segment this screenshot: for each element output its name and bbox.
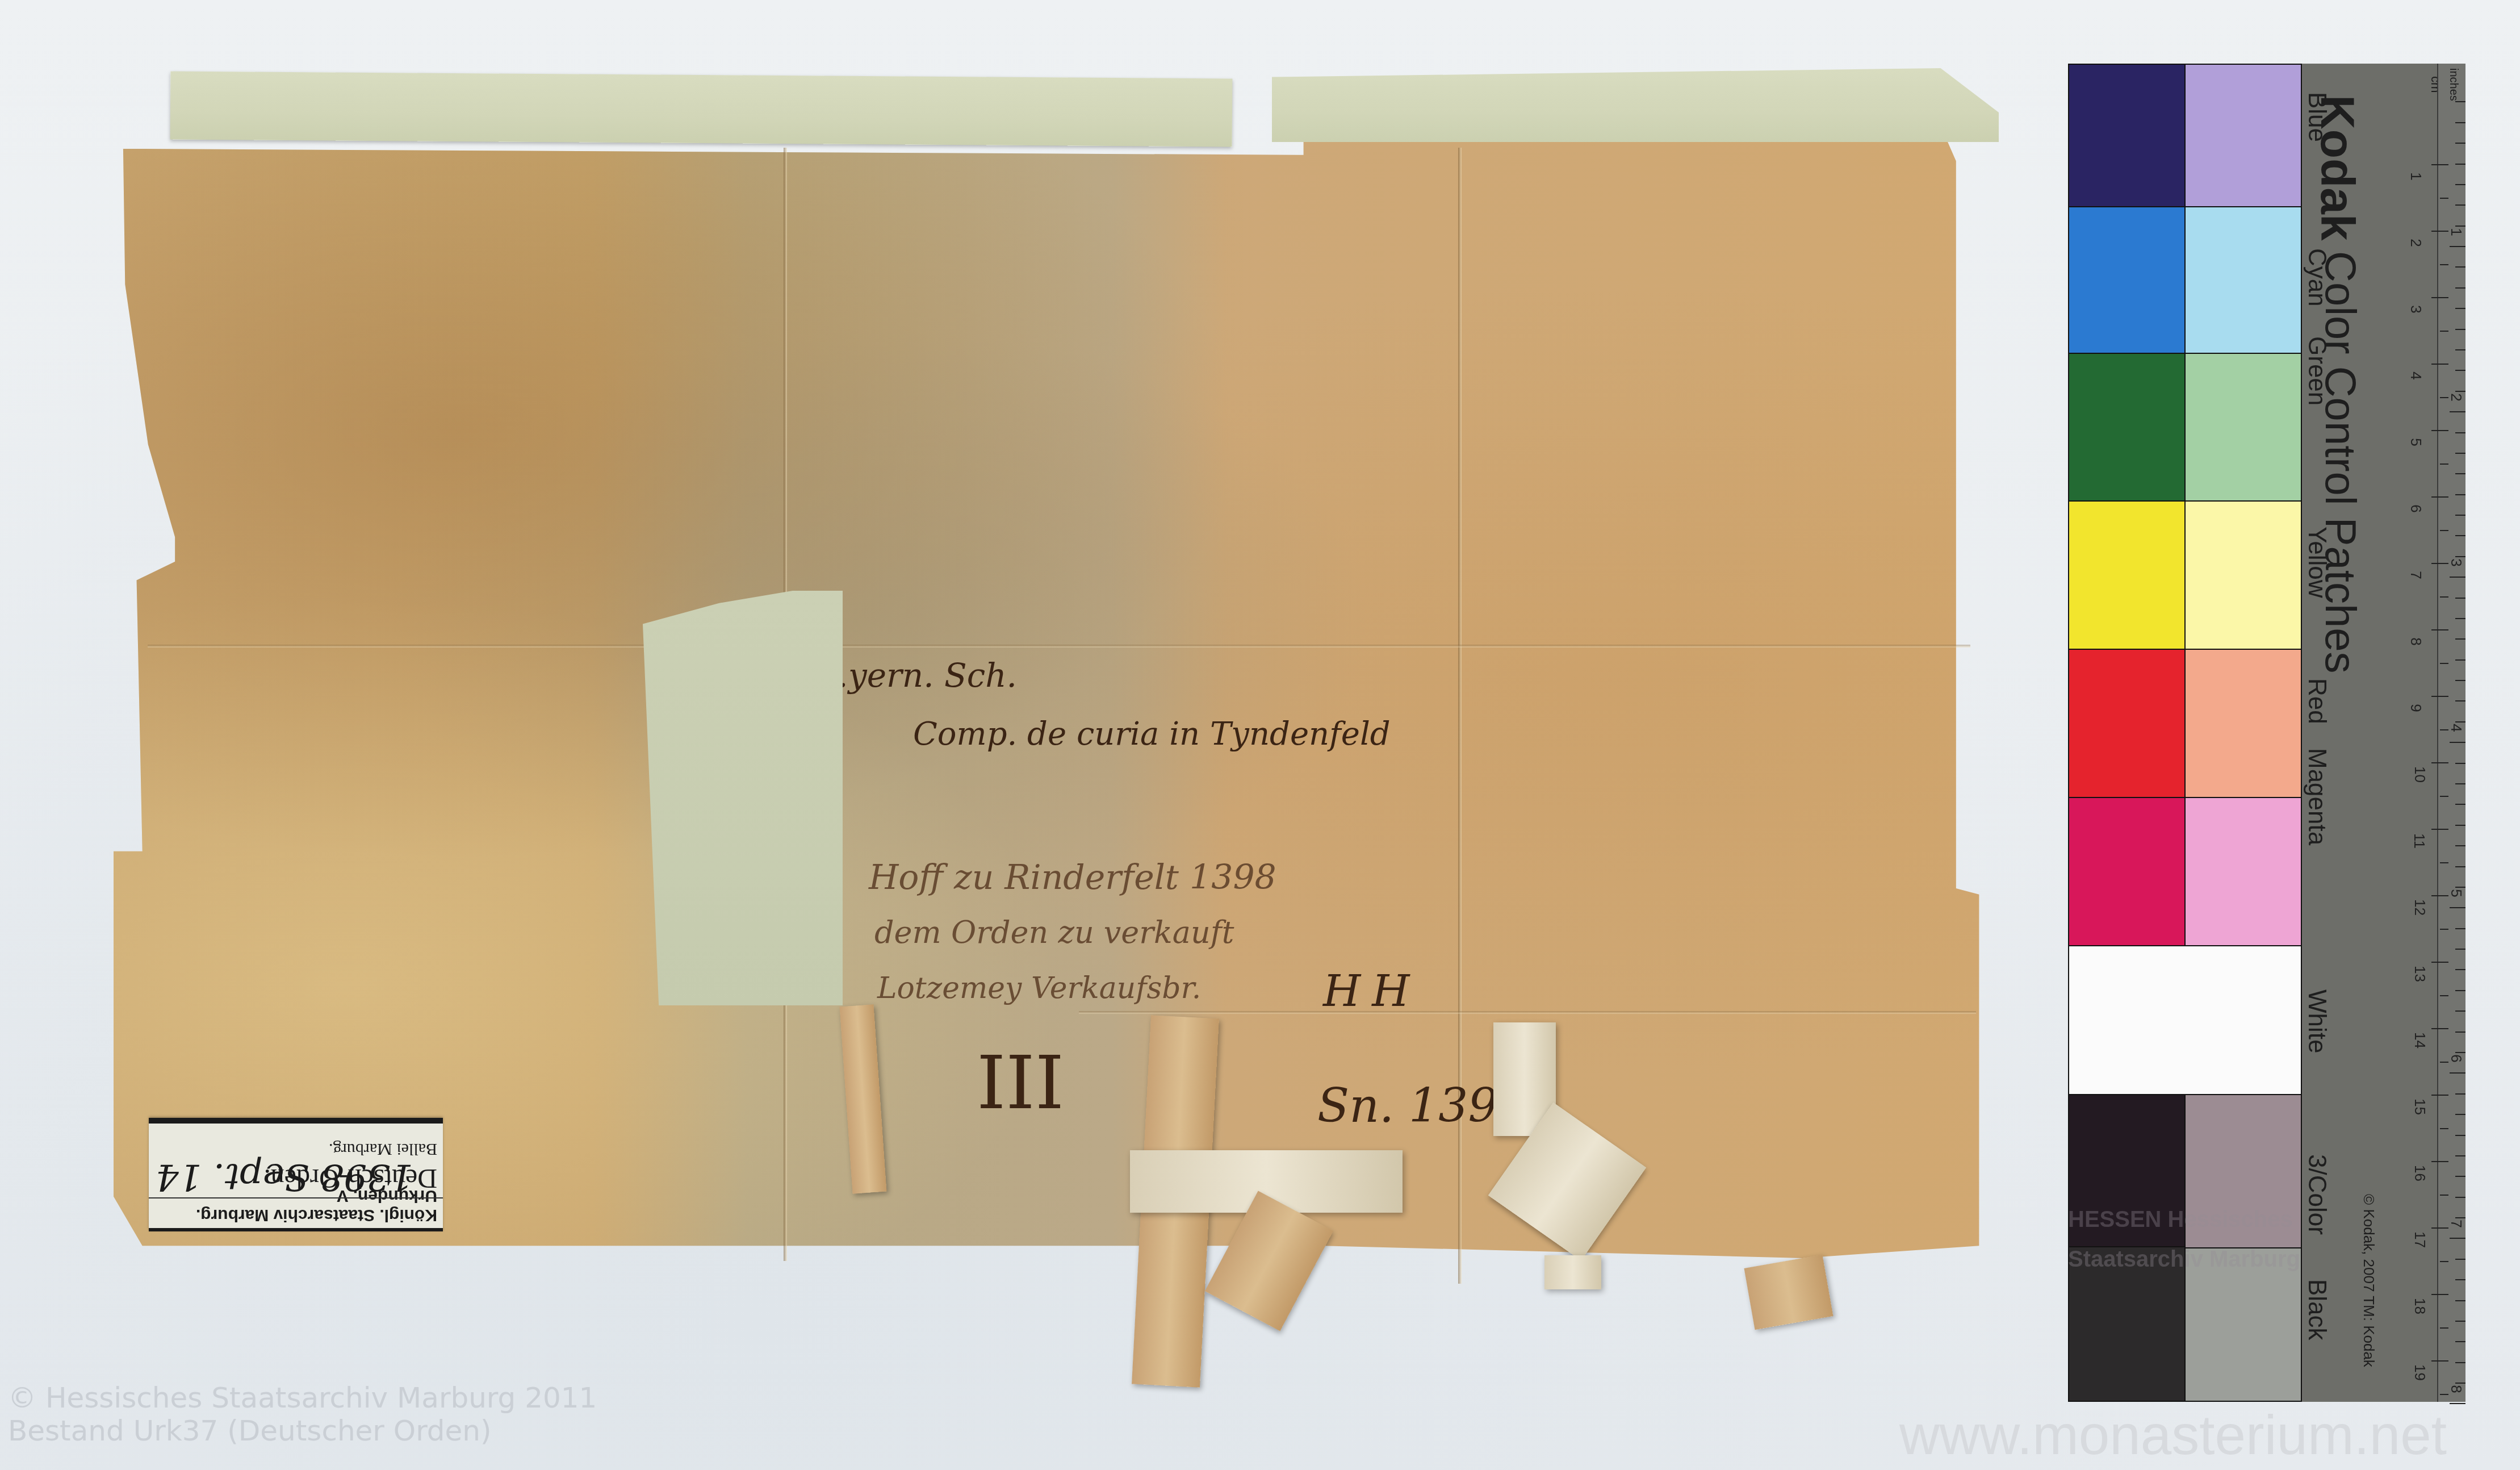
cm-tick-label: 9 [2407, 704, 2425, 712]
inch-unit-label: inches [2447, 68, 2460, 101]
label-rule [149, 1197, 443, 1198]
cm-tick-label: 7 [2407, 571, 2425, 579]
inch-sub-tick [2455, 949, 2465, 950]
inch-tick [2450, 246, 2465, 247]
cm-tick [2431, 164, 2448, 165]
archive-stamp-watermark: HESSEN Hessisches Staatsarchiv Marburg [2068, 1200, 2302, 1370]
kodak-color-chart: HESSEN Hessisches Staatsarchiv Marburg K… [2068, 64, 2465, 1402]
inch-sub-tick [2455, 887, 2465, 888]
inch-tick-label: 2 [2447, 393, 2465, 401]
copyright-watermark-line2: Bestand Urk37 (Deutscher Orden) [8, 1414, 492, 1447]
patch-yellow-light [2184, 500, 2302, 650]
fold-line [148, 645, 1970, 648]
inch-sub-tick [2455, 204, 2465, 206]
cm-tick [2431, 364, 2448, 365]
cm-tick-label: 15 [2411, 1099, 2429, 1115]
inch-sub-tick [2455, 1341, 2465, 1342]
inch-sub-tick [2455, 638, 2465, 640]
inch-sub-tick [2455, 184, 2465, 185]
inch-sub-tick [2455, 101, 2465, 102]
cm-half-tick [2440, 995, 2448, 996]
inch-sub-tick [2455, 287, 2465, 289]
inch-sub-tick [2455, 1135, 2465, 1136]
cm-tick-label: 2 [2407, 239, 2425, 247]
cm-half-tick [2440, 1195, 2448, 1196]
cm-tick-label: 6 [2407, 504, 2425, 512]
inch-tick [2450, 1403, 2465, 1404]
inch-sub-tick [2455, 1197, 2465, 1198]
parchment-surface [114, 62, 2033, 1295]
inch-sub-tick [2455, 453, 2465, 454]
dorsal-note: …yern. Sch. [815, 656, 1017, 695]
inch-tick [2450, 577, 2465, 578]
inch-sub-tick [2455, 1300, 2465, 1301]
patch-yellow-dark [2068, 500, 2186, 650]
copyright-watermark-line1: © Hessisches Staatsarchiv Marburg 2011 [8, 1381, 597, 1414]
inch-sub-tick [2455, 535, 2465, 536]
monasterium-watermark: www.monasterium.net [1899, 1403, 2447, 1467]
cm-tick-label: 19 [2411, 1364, 2429, 1381]
cm-tick [2431, 1095, 2448, 1096]
cm-tick-label: 18 [2411, 1298, 2429, 1314]
inch-sub-tick [2455, 1010, 2465, 1012]
patch-magenta-light [2184, 797, 2302, 946]
seal-tag [1544, 1255, 1601, 1289]
inch-tick-label: 3 [2447, 558, 2465, 566]
inch-sub-tick [2455, 1176, 2465, 1177]
label-rule [149, 1118, 443, 1124]
inch-sub-tick [2455, 804, 2465, 805]
cm-tick [2431, 1227, 2448, 1229]
dorsal-note-mark: III [977, 1039, 1064, 1126]
cm-half-tick [2440, 596, 2448, 598]
inch-sub-tick [2455, 1031, 2465, 1033]
inch-sub-tick [2455, 473, 2465, 474]
cm-half-tick [2440, 1261, 2448, 1262]
cm-tick [2431, 496, 2448, 498]
fold-line [1079, 1011, 1976, 1014]
patch-label-yellow: Yellow [2303, 527, 2331, 598]
cm-tick [2431, 1161, 2448, 1162]
inch-tick [2450, 411, 2465, 412]
cm-tick [2431, 962, 2448, 963]
inch-sub-tick [2455, 1279, 2465, 1280]
dorsal-note: dem Orden zu verkauft [874, 914, 1234, 950]
inch-tick [2450, 907, 2465, 908]
inch-sub-tick [2455, 266, 2465, 268]
cm-half-tick [2440, 1327, 2448, 1329]
kodak-copyright: © Kodak, 2007 TM: Kodak [2360, 1194, 2377, 1367]
cm-tick [2431, 563, 2448, 564]
dorsal-note: Comp. de curia in Tyndenfeld [913, 716, 1391, 753]
dorsal-note: Hoff zu Rinderfelt 1398 [869, 858, 1276, 897]
patch-label-white: White [2303, 989, 2331, 1053]
cm-tick [2431, 430, 2448, 431]
cm-tick-label: 10 [2411, 766, 2429, 783]
inch-sub-tick [2455, 969, 2465, 970]
label-rule [149, 1228, 443, 1231]
cm-tick-label: 12 [2411, 899, 2429, 916]
patch-label-blue: Blue [2303, 92, 2331, 142]
patch-cyan-dark [2068, 206, 2186, 354]
cm-half-tick [2440, 530, 2448, 531]
patch-green-dark [2068, 353, 2186, 502]
cm-tick [2431, 297, 2448, 298]
patch-magenta-dark [2068, 797, 2186, 946]
inch-sub-tick [2455, 1383, 2465, 1384]
inch-sub-tick [2455, 494, 2465, 495]
patch-label-red: Red [2303, 678, 2331, 724]
seal-tag [1744, 1255, 1834, 1330]
patch-red-light [2184, 649, 2302, 798]
inch-sub-tick [2455, 783, 2465, 784]
inch-sub-tick [2455, 1052, 2465, 1053]
cm-tick [2431, 696, 2448, 697]
cm-half-tick [2440, 862, 2448, 863]
inch-sub-tick [2455, 225, 2465, 227]
inch-sub-tick [2455, 680, 2465, 681]
inch-sub-tick [2455, 370, 2465, 371]
patch-blue-light [2184, 64, 2302, 207]
inch-sub-tick [2455, 721, 2465, 723]
cm-half-tick [2440, 331, 2448, 332]
patch-label-cyan: Cyan [2303, 248, 2331, 307]
inch-sub-tick [2455, 515, 2465, 516]
inch-sub-tick [2455, 143, 2465, 144]
cm-tick-label: 17 [2411, 1231, 2429, 1248]
cm-tick-label: 14 [2411, 1032, 2429, 1049]
inch-sub-tick [2455, 866, 2465, 867]
inch-sub-tick [2455, 825, 2465, 826]
cm-tick [2431, 762, 2448, 763]
inch-sub-tick [2455, 556, 2465, 557]
inch-tick [2450, 1072, 2465, 1074]
inch-tick [2450, 742, 2465, 743]
cm-half-tick [2440, 796, 2448, 797]
cm-half-tick [2440, 929, 2448, 930]
cm-half-tick [2440, 264, 2448, 265]
chart-title: Color Control Patches [2316, 251, 2365, 673]
inch-tick-label: 7 [2447, 1220, 2465, 1228]
cm-tick-label: 13 [2411, 966, 2429, 982]
cm-tick-label: 4 [2407, 371, 2425, 379]
cm-tick-label: 1 [2407, 172, 2425, 180]
cm-tick [2431, 1294, 2448, 1295]
label-handwritten-date: 1398 Sept. 14 [156, 1155, 413, 1197]
patch-white [2068, 945, 2302, 1095]
inch-sub-tick [2455, 122, 2465, 123]
inch-sub-tick [2455, 1114, 2465, 1115]
inch-sub-tick [2455, 1217, 2465, 1218]
inch-sub-tick [2455, 1362, 2465, 1363]
inch-sub-tick [2455, 164, 2465, 165]
paper-repair-strip-left [170, 71, 1233, 147]
cm-half-tick [2440, 1394, 2448, 1395]
cm-tick [2431, 1360, 2448, 1362]
inch-sub-tick [2455, 308, 2465, 309]
inch-tick-label: 8 [2447, 1385, 2465, 1393]
inch-sub-tick [2455, 349, 2465, 350]
inch-sub-tick [2455, 1321, 2465, 1322]
cm-tick-label: 3 [2407, 305, 2425, 313]
inch-sub-tick [2455, 329, 2465, 330]
inch-sub-tick [2455, 432, 2465, 433]
inch-sub-tick [2455, 928, 2465, 929]
inch-sub-tick [2455, 1093, 2465, 1095]
parchment-charter: …yern. Sch. Comp. de curia in Tyndenfeld… [114, 62, 2033, 1295]
cm-tick-label: 5 [2407, 438, 2425, 446]
inch-tick-label: 4 [2447, 724, 2465, 732]
patch-green-light [2184, 353, 2302, 502]
inch-sub-tick [2455, 700, 2465, 701]
patch-cyan-light [2184, 206, 2302, 354]
patch-label-green: Green [2303, 336, 2331, 406]
cm-half-tick [2440, 1128, 2448, 1129]
cm-tick-label: 8 [2407, 637, 2425, 645]
inch-tick [2450, 1238, 2465, 1239]
cm-tick [2431, 629, 2448, 630]
inch-sub-tick [2455, 990, 2465, 991]
patch-label-black: Black [2303, 1279, 2331, 1340]
patch-red-dark [2068, 649, 2186, 798]
cm-tick [2431, 829, 2448, 830]
cm-half-tick [2440, 198, 2448, 199]
label-line3: Ballei Marburg. [329, 1139, 437, 1159]
inch-sub-tick [2455, 1155, 2465, 1156]
cm-tick [2431, 231, 2448, 232]
cm-tick-label: 11 [2410, 833, 2428, 849]
inch-tick-label: 1 [2447, 228, 2465, 236]
cm-tick [2431, 895, 2448, 896]
inch-tick-label: 5 [2447, 889, 2465, 897]
paper-repair-strip-middle [643, 591, 843, 1005]
patch-label-3color: 3/Color [2303, 1154, 2331, 1235]
inch-sub-tick [2455, 659, 2465, 661]
inch-sub-tick [2455, 618, 2465, 619]
patch-label-magenta: Magenta [2303, 748, 2331, 845]
inch-tick-label: 6 [2447, 1055, 2465, 1063]
inch-sub-tick [2455, 1259, 2465, 1260]
cm-tick-label: 16 [2411, 1165, 2429, 1181]
patch-blue-dark [2068, 64, 2186, 207]
inch-sub-tick [2455, 845, 2465, 846]
inch-sub-tick [2455, 598, 2465, 599]
cm-half-tick [2440, 463, 2448, 465]
archive-label: Königl. Staatsarchiv Marburg. Urkunden. … [149, 1118, 443, 1231]
paper-repair-strip-right [1272, 68, 1999, 142]
dorsal-note: Lotzemey Verkaufsbr. [877, 971, 1201, 1005]
inch-sub-tick [2455, 763, 2465, 764]
dorsal-note-mark: HH [1323, 966, 1421, 1016]
inch-sub-tick [2455, 391, 2465, 392]
cm-tick [2431, 1028, 2448, 1029]
cm-half-tick [2440, 663, 2448, 664]
